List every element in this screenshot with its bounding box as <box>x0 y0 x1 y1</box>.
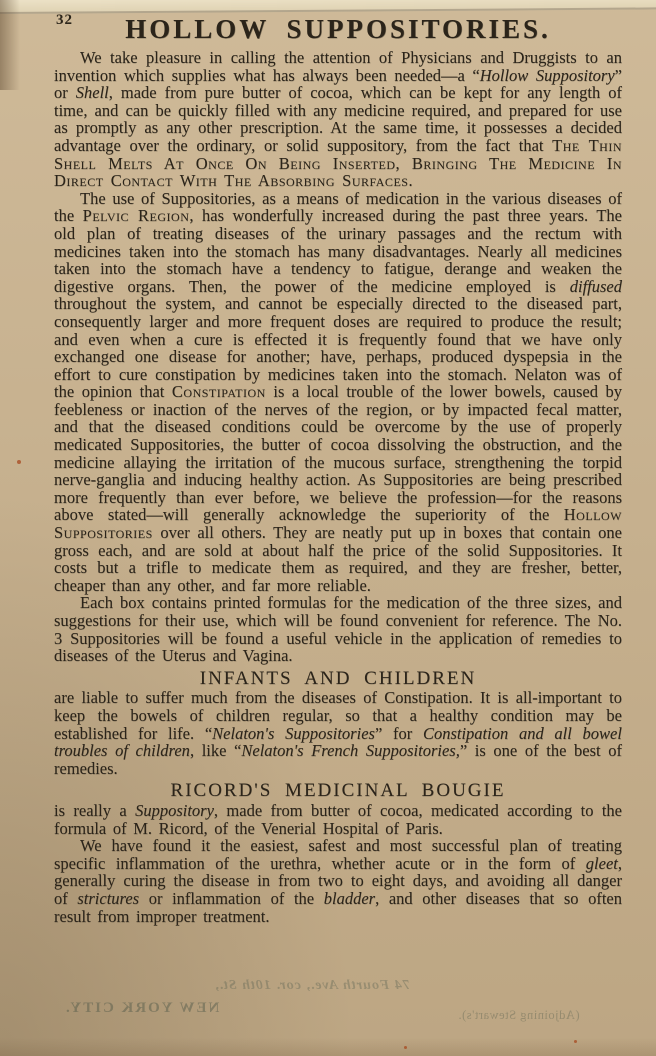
paragraph-infants: are liable to suffer much from the disea… <box>54 689 622 777</box>
heading-infants-and-children: INFANTS AND CHILDREN <box>54 670 622 688</box>
paragraph-ricord: is really a Suppository, made from butte… <box>54 802 622 837</box>
document-page: 32 HOLLOW SUPPOSITORIES. We take pleasur… <box>0 0 656 1056</box>
paragraph-introduction: We take pleasure in calling the attentio… <box>54 49 622 190</box>
paper-speck <box>574 1040 577 1043</box>
paragraph-use-of-suppositories: The use of Suppositories, as a means of … <box>54 190 622 595</box>
paragraph-treatment: We have found it the easiest, safest and… <box>54 837 622 925</box>
paper-speck <box>404 1046 407 1049</box>
bleedthrough-address-line: 74 Fourth Ave., cor. 10th St., <box>214 978 410 994</box>
page-number: 32 <box>56 12 73 29</box>
paragraph-each-box: Each box contains printed formulas for t… <box>54 594 622 664</box>
page-body: We take pleasure in calling the attentio… <box>54 49 622 925</box>
paper-speck <box>17 460 21 464</box>
heading-ricords-medicinal-bougie: RICORD'S MEDICINAL BOUGIE <box>54 782 622 800</box>
bleedthrough-note-line: (Adjoining Stewart's). <box>458 1008 580 1023</box>
bleedthrough-city-line: NEW YORK CITY. <box>64 1000 219 1017</box>
page-header: 32 HOLLOW SUPPOSITORIES. <box>0 0 656 45</box>
page-title: HOLLOW SUPPOSITORIES. <box>54 14 622 45</box>
